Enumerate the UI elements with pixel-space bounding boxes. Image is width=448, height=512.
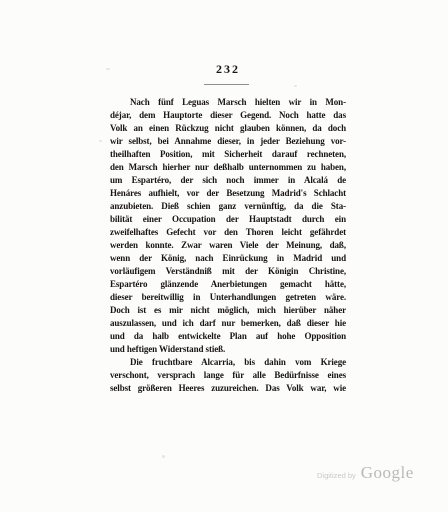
text-line: und heftigen Widerstand stieß. <box>110 343 346 356</box>
text-line: um Espartéro, der sich noch immer in Alc… <box>110 174 346 187</box>
google-logo: Google <box>361 463 414 483</box>
text-line: vorläufigem Verständniß mit der Königin … <box>110 265 346 278</box>
paragraph: Die fruchtbare Alcarria, bis dahin vom K… <box>110 356 346 395</box>
text-line: déjar, dem Hauptorte dieser Gegend. Noch… <box>110 109 346 122</box>
text-line: wenn der König, nach Einrückung in Madri… <box>110 252 346 265</box>
scan-speck <box>162 455 165 458</box>
text-line: Espartéro glänzende Anerbietungen gemach… <box>110 278 346 291</box>
paragraph: Nach fünf Leguas Marsch hielten wir in M… <box>110 96 346 356</box>
text-line: anzubieten. Dieß schien ganz vernünftig,… <box>110 200 346 213</box>
text-line: Henáres aufhielt, vor der Besetzung Madr… <box>110 187 346 200</box>
digitized-by-label: Digitized by <box>317 471 356 480</box>
text-line: Die fruchtbare Alcarria, bis dahin vom K… <box>110 356 346 369</box>
scan-speck <box>99 140 102 142</box>
text-line: und da halb entwickelte Plan auf hohe Op… <box>110 330 346 343</box>
text-line: auszulassen, und ich darf nur bemerken, … <box>110 317 346 330</box>
text-line: theilhaften Position, mit Sicherheit dar… <box>110 148 346 161</box>
text-line: werden konnte. Zwar waren Viele der Mein… <box>110 239 346 252</box>
text-line: selbst größeren Heeres zuzureichen. Das … <box>110 382 346 395</box>
text-line: Doch ist es mir nicht möglich, mich hier… <box>110 304 346 317</box>
text-line: zweifelhaftes Gefecht vor den Thoren lei… <box>110 226 346 239</box>
digitized-watermark: Digitized by Google <box>317 463 414 483</box>
text-line: dieser bereitwillig in Unterhandlungen g… <box>110 291 346 304</box>
text-line: bilität einer Occupation der Hauptstadt … <box>110 213 346 226</box>
text-line: Volk an einen Rückzug nicht glauben könn… <box>110 122 346 135</box>
text-line: wir selbst, bei Annahme dieser, in jeder… <box>110 135 346 148</box>
text-line: den Marsch hierher nur deßhalb unternomm… <box>110 161 346 174</box>
text-line: Nach fünf Leguas Marsch hielten wir in M… <box>110 96 346 109</box>
scan-speck <box>106 68 110 70</box>
page-number: 232 <box>110 62 346 77</box>
book-page-scan: 232 Nach fünf Leguas Marsch hielten wir … <box>0 0 448 512</box>
header-rule <box>204 84 249 85</box>
body-text: Nach fünf Leguas Marsch hielten wir in M… <box>110 96 346 395</box>
scan-speck <box>294 85 297 87</box>
text-line: verschont, versprach lange für alle Bedü… <box>110 369 346 382</box>
